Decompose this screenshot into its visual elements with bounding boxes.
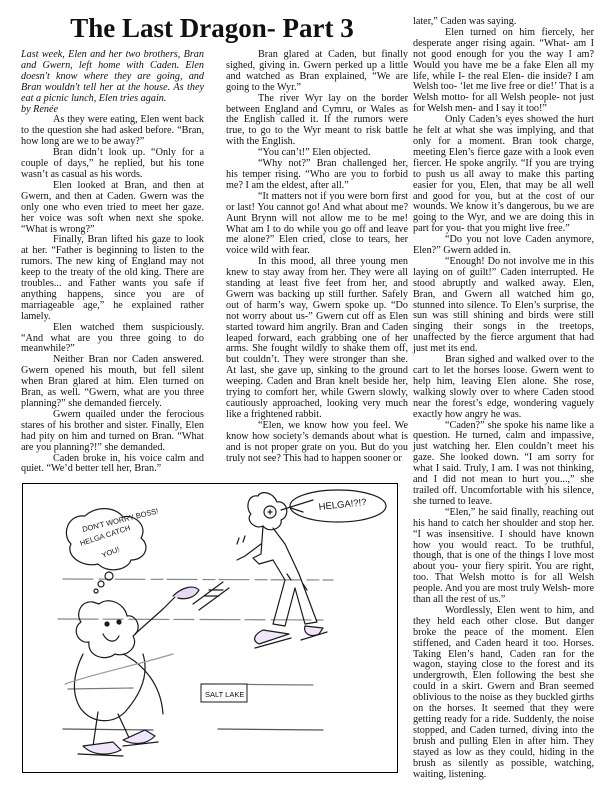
paragraph: “Do you not love Caden anymore, Elen?” G… bbox=[413, 235, 594, 257]
paragraph: Gwern quailed under the ferocious stares… bbox=[21, 410, 204, 454]
paragraph: Caden broke in, his voice calm and quiet… bbox=[21, 454, 204, 476]
paragraph: In this mood, all three young men knew t… bbox=[226, 257, 408, 421]
article-title: The Last Dragon- Part 3 bbox=[22, 12, 402, 44]
paragraph: The river Wyr lay on the border between … bbox=[226, 94, 408, 149]
column-right: later,” Caden was saying. Elen turned on… bbox=[413, 17, 594, 780]
speech-text-right: HELGA!?!? bbox=[318, 497, 367, 513]
paragraph: “Elen, we know how you feel. We know how… bbox=[226, 421, 408, 465]
paragraph: Elen looked at Bran, and then at Gwern, … bbox=[21, 181, 204, 236]
paragraph: Bran didn’t look up. “Only for a couple … bbox=[21, 148, 204, 181]
paragraph: “Enough! Do not involve me in this layin… bbox=[413, 257, 594, 355]
paragraph: “Elen,” he said finally, reaching out hi… bbox=[413, 508, 594, 606]
paragraph: Elen watched them suspiciously. “And wha… bbox=[21, 323, 204, 356]
sign-text: SALT LAKE bbox=[205, 690, 244, 699]
paragraph: Only Caden’s eyes showed the hurt he fel… bbox=[413, 115, 594, 235]
paragraph: As they were eating, Elen went back to t… bbox=[21, 115, 204, 148]
column-middle: Bran glared at Caden, but finally sighed… bbox=[226, 50, 408, 464]
paragraph: Bran sighed and walked over to the cart … bbox=[413, 355, 594, 420]
paragraph: “Caden?” she spoke his name like a quest… bbox=[413, 421, 594, 508]
column-left: Last week, Elen and her two brothers, Br… bbox=[21, 50, 204, 475]
paragraph: Elen turned on him fiercely, her despera… bbox=[413, 28, 594, 115]
paragraph: Bran glared at Caden, but finally sighed… bbox=[226, 50, 408, 94]
paragraph: Neither Bran nor Caden answered. Gwern o… bbox=[21, 355, 204, 410]
paragraph: “It matters not if you were born first o… bbox=[226, 192, 408, 257]
paragraph: Finally, Bran lifted his gaze to look at… bbox=[21, 235, 204, 322]
article-intro: Last week, Elen and her two brothers, Br… bbox=[21, 50, 204, 105]
paragraph: “Why not?” Bran challenged her, his temp… bbox=[226, 159, 408, 192]
paragraph: Wordlessly, Elen went to him, and they h… bbox=[413, 606, 594, 781]
speech-text-left-line3: YOU! bbox=[100, 545, 120, 560]
skating-cartoon-drawing: DON'T WORRY BOSS! HELGA CATCH YOU! HELGA… bbox=[23, 484, 397, 772]
cartoon-illustration: DON'T WORRY BOSS! HELGA CATCH YOU! HELGA… bbox=[22, 483, 398, 773]
